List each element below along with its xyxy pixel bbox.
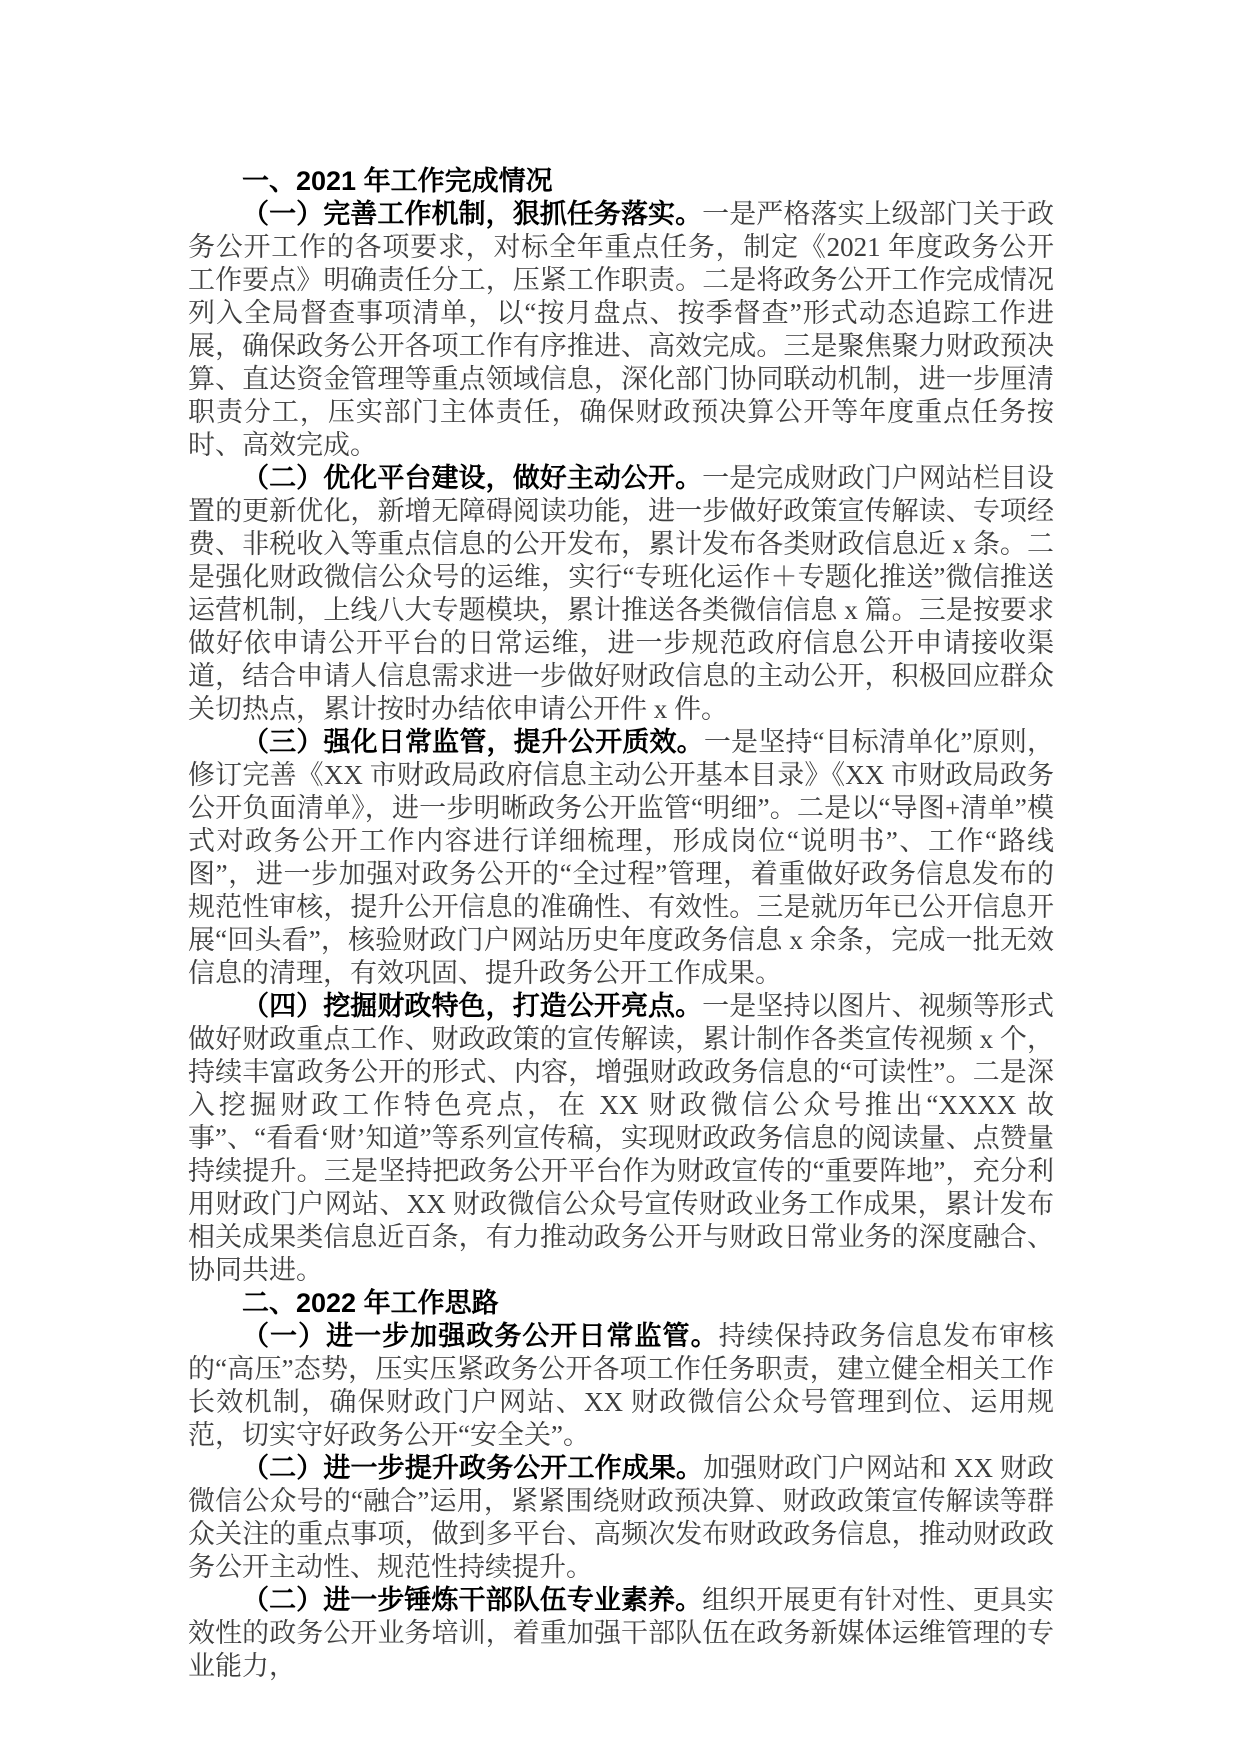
paragraph-lead: （二）进一步提升政务公开工作成果。 bbox=[242, 1453, 703, 1483]
paragraph: （一）完善工作机制，狠抓任务落实。一是严格落实上级部门关于政务公开工作的各项要求… bbox=[188, 198, 1054, 462]
paragraph: （二）优化平台建设，做好主动公开。一是完成财政门户网站栏目设置的更新优化，新增无… bbox=[188, 462, 1054, 726]
paragraph: （三）强化日常监管，提升公开质效。一是坚持“目标清单化”原则，修订完善《XX 市… bbox=[188, 726, 1054, 990]
paragraph-lead: （二）优化平台建设，做好主动公开。 bbox=[242, 463, 702, 493]
paragraph: （四）挖掘财政特色，打造公开亮点。一是坚持以图片、视频等形式做好财政重点工作、财… bbox=[188, 990, 1054, 1287]
paragraph-body: 一是坚持“目标清单化”原则，修订完善《XX 市财政局政府信息主动公开基本目录》《… bbox=[188, 727, 1054, 988]
document-page: 一、2021 年工作完成情况（一）完善工作机制，狠抓任务落实。一是严格落实上级部… bbox=[0, 0, 1240, 1754]
paragraph-lead: （四）挖掘财政特色，打造公开亮点。 bbox=[242, 991, 702, 1021]
paragraph-lead: （一）进一步加强政务公开日常监管。 bbox=[242, 1321, 719, 1351]
section-heading: 二、2022 年工作思路 bbox=[188, 1287, 1054, 1320]
section-heading: 一、2021 年工作完成情况 bbox=[188, 165, 1054, 198]
paragraph: （一）进一步加强政务公开日常监管。持续保持政务信息发布审核的“高压”态势，压实压… bbox=[188, 1320, 1054, 1452]
paragraph-lead: （三）强化日常监管，提升公开质效。 bbox=[242, 727, 704, 757]
paragraph-body: 一是完成财政门户网站栏目设置的更新优化，新增无障碍阅读功能，进一步做好政策宣传解… bbox=[188, 463, 1054, 724]
paragraph-lead: （一）完善工作机制，狠抓任务落实。 bbox=[242, 199, 702, 229]
paragraph-lead: （二）进一步锤炼干部队伍专业素养。 bbox=[242, 1585, 702, 1615]
paragraph-body: 一是坚持以图片、视频等形式做好财政重点工作、财政政策的宣传解读，累计制作各类宣传… bbox=[188, 991, 1054, 1285]
document-text-block: 一、2021 年工作完成情况（一）完善工作机制，狠抓任务落实。一是严格落实上级部… bbox=[188, 165, 1054, 1683]
paragraph: （二）进一步锤炼干部队伍专业素养。组织开展更有针对性、更具实效性的政务公开业务培… bbox=[188, 1584, 1054, 1683]
paragraph-body: 一是严格落实上级部门关于政务公开工作的各项要求，对标全年重点任务，制定《2021… bbox=[188, 199, 1054, 460]
paragraph: （二）进一步提升政务公开工作成果。加强财政门户网站和 XX 财政微信公众号的“融… bbox=[188, 1452, 1054, 1584]
